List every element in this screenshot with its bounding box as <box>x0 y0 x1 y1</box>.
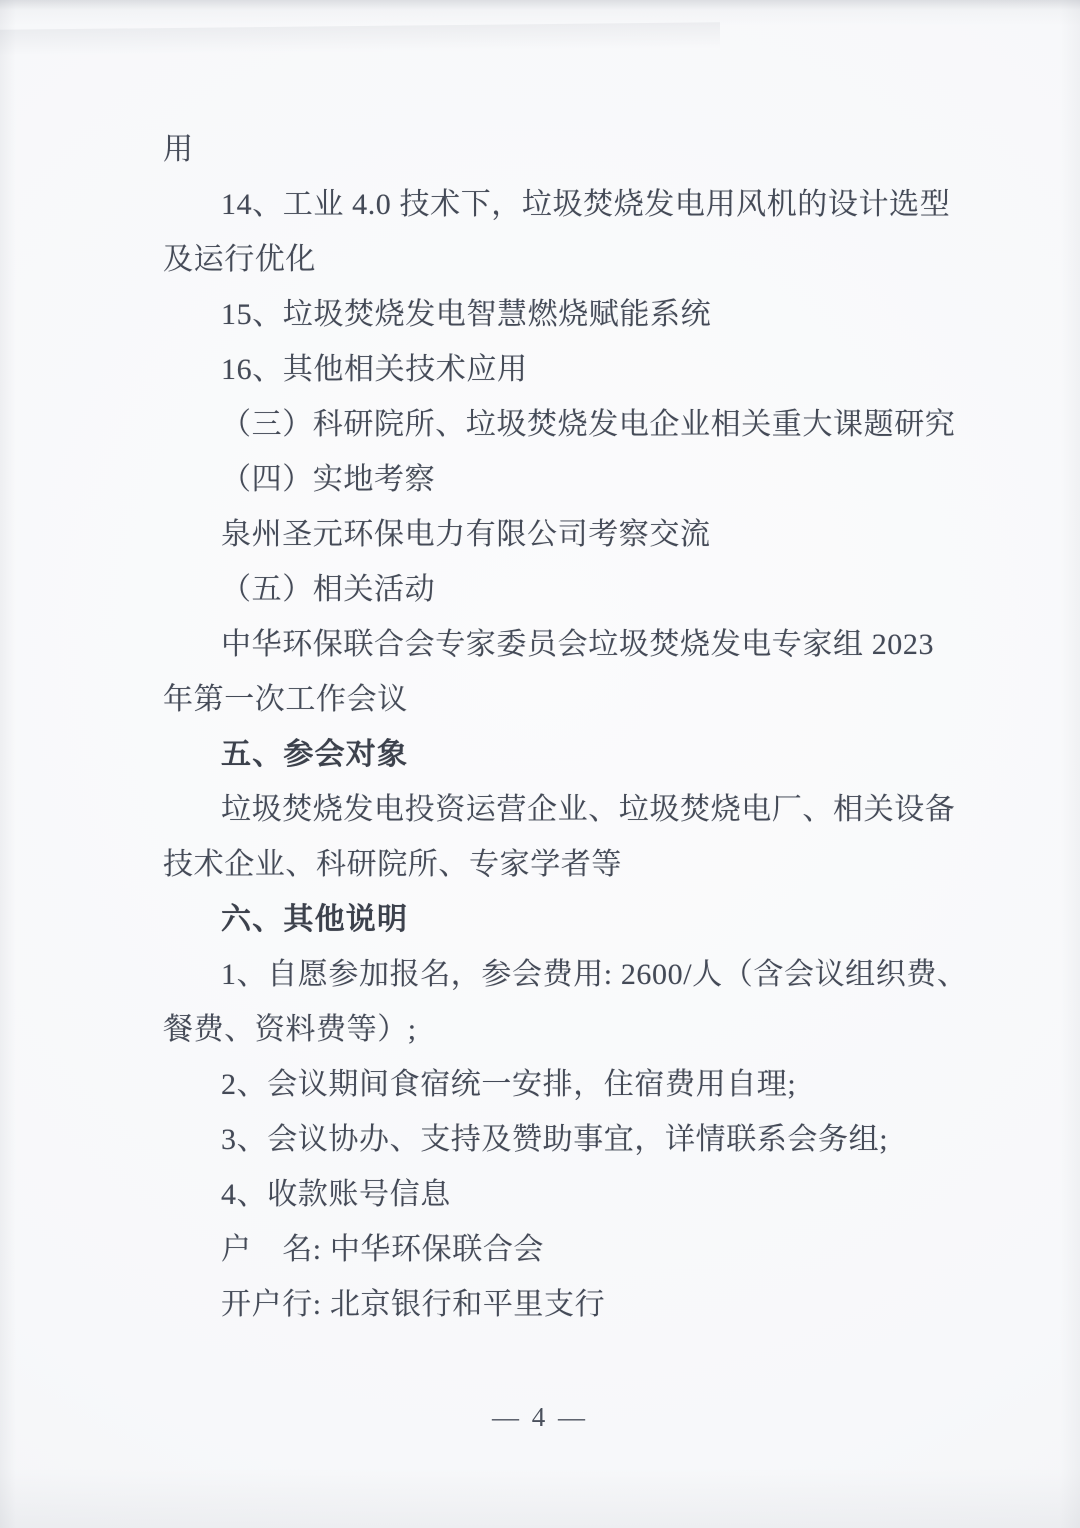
text-line: 泉州圣元环保电力有限公司考察交流 <box>163 507 923 562</box>
text-line: 15、垃圾焚烧发电智慧燃烧赋能系统 <box>163 287 923 342</box>
text-line: 垃圾焚烧发电投资运营企业、垃圾焚烧电厂、相关设备 <box>163 782 923 837</box>
text-line: 中华环保联合会专家委员会垃圾焚烧发电专家组 2023 <box>163 617 923 672</box>
page-number: — 4 — <box>492 1402 588 1432</box>
document-body: 用14、工业 4.0 技术下，垃圾焚烧发电用风机的设计选型及运行优化15、垃圾焚… <box>163 122 923 1332</box>
text-line: 年第一次工作会议 <box>163 672 923 727</box>
text-line: 技术企业、科研院所、专家学者等 <box>163 837 923 892</box>
text-line: 及运行优化 <box>163 232 923 287</box>
text-line: 16、其他相关技术应用 <box>163 342 923 397</box>
section-heading-line: 五、参会对象 <box>163 727 923 782</box>
text-line: 2、会议期间食宿统一安排，住宿费用自理; <box>163 1057 923 1112</box>
text-line: 3、会议协办、支持及赞助事宜，详情联系会务组; <box>163 1112 923 1167</box>
text-line: （三）科研院所、垃圾焚烧发电企业相关重大课题研究 <box>163 397 923 452</box>
document-page: 用14、工业 4.0 技术下，垃圾焚烧发电用风机的设计选型及运行优化15、垃圾焚… <box>0 0 1080 1528</box>
page-footer: — 4 — <box>0 1402 1080 1433</box>
text-line: 户 名: 中华环保联合会 <box>163 1222 923 1277</box>
text-line: 餐费、资料费等）; <box>163 1002 923 1057</box>
text-line: 1、自愿参加报名，参会费用: 2600/人（含会议组织费、 <box>163 947 923 1002</box>
text-line: 用 <box>163 122 923 177</box>
text-line: （四）实地考察 <box>163 452 923 507</box>
text-line: 14、工业 4.0 技术下，垃圾焚烧发电用风机的设计选型 <box>163 177 923 232</box>
section-heading-line: 六、其他说明 <box>163 892 923 947</box>
text-line: （五）相关活动 <box>163 562 923 617</box>
text-line: 4、收款账号信息 <box>163 1167 923 1222</box>
text-line: 开户行: 北京银行和平里支行 <box>163 1277 923 1332</box>
